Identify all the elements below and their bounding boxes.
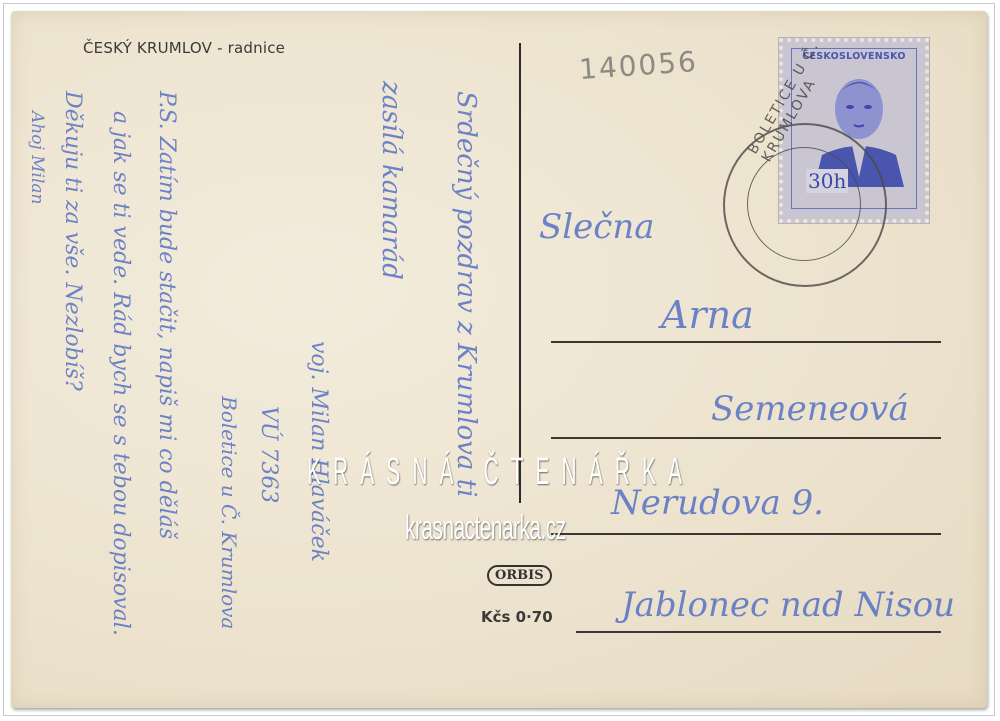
postmark: BOLETICE U Č. KRUMLOVA xyxy=(723,123,887,287)
watermark-url: krasnactenarka.cz xyxy=(405,509,566,548)
address-line-3 xyxy=(551,533,941,535)
message-greeting-line2: zasílá kamarád xyxy=(376,81,406,280)
message-greeting-line1: Srdečný pozdrav z Krumlova ti xyxy=(451,91,481,497)
message-sender-line2: VÚ 7363 xyxy=(256,406,281,503)
address-line-4 xyxy=(576,631,941,633)
address-first-name: Arna xyxy=(661,293,754,337)
address-salutation: Slečna xyxy=(539,207,655,247)
watermark-title: KRÁSNÁ ČTENÁŘKA xyxy=(307,451,694,494)
message-ps-line1: P.S. Zatím bude stačit, napiš mi co dělá… xyxy=(154,91,179,539)
address-line-1 xyxy=(551,341,941,343)
address-line-2 xyxy=(551,437,941,439)
center-divider xyxy=(519,43,521,503)
publisher-logo: ORBIS xyxy=(487,565,552,586)
printed-title: ČESKÝ KRUMLOV - radnice xyxy=(83,39,285,57)
message-ps-line4: Ahoj Milan xyxy=(27,111,47,205)
pencil-inventory-number: 140056 xyxy=(578,45,699,86)
message-sender-line3: Boletice u Č. Krumlova xyxy=(217,396,241,629)
message-ps-line2: a jak se ti vede. Rád bych se s tebou do… xyxy=(108,111,133,636)
address-surname: Semeneová xyxy=(711,389,909,429)
postcard-back: ČESKÝ KRUMLOV - radnice 140056 Srdečný p… xyxy=(11,11,987,708)
price-label: Kčs 0·70 xyxy=(481,608,553,626)
message-ps-line3: Děkuju ti za vše. Nezlobíš? xyxy=(60,91,85,391)
address-city: Jablonec nad Nisou xyxy=(621,585,955,625)
